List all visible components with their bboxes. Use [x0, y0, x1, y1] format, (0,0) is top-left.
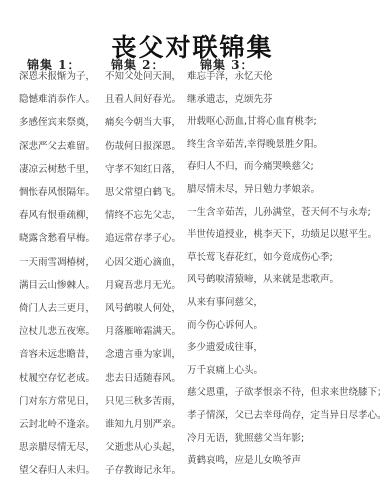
- couplet-line: 从来有事问慈父，: [187, 297, 263, 308]
- couplet-line: 倚门人去三更月，: [19, 303, 95, 314]
- couplet-line: 深恩未报惭为子，: [19, 71, 95, 82]
- couplet-line: 草长莺飞春花红，如今竟成伤心季;: [187, 252, 333, 263]
- couplet-line: 慈父恩重，子欲孝恨亲不待，但求来世绕膝下；: [187, 387, 385, 398]
- couplet-line: 门对东方常见日，: [19, 396, 95, 407]
- couplet-line: 子存教诲记永年。: [105, 465, 181, 476]
- couplet-line: 黄鹤哀鸣，应是儿女唤爷声: [187, 455, 301, 466]
- couplet-line: 望父春归人未归。: [19, 465, 95, 476]
- couplet-line: 且看人间好春光。: [105, 94, 181, 105]
- couplet-line: 情终不忘先父志，: [105, 210, 181, 221]
- couplet-line: 而今伤心诉何人。: [187, 320, 263, 331]
- couplet-line: 思亲腊尽情无尽，: [19, 442, 95, 453]
- couplet-line: 隐憾难消忝作人。: [19, 94, 95, 105]
- couplet-line: 惆怅春风恨隔年。: [19, 187, 95, 198]
- couplet-line: 腊尽情未尽，异日勉力孝娘亲。: [187, 184, 320, 195]
- couplet-line: 谁知九月别严亲。: [105, 419, 181, 430]
- couplet-line: 满目云山惨棘人。: [19, 280, 95, 291]
- couplet-line: 月窥吾悲月无光。: [105, 280, 181, 291]
- couplet-line: 风号鹤唳人何处，: [105, 303, 181, 314]
- couplet-line: 伤哉何日报深恩。: [105, 141, 181, 152]
- couplet-line: 不知父处问天洞，: [105, 71, 181, 82]
- couplet-line: 多少遗爱成往事，: [187, 342, 263, 353]
- couplet-line: 凄凉云树愁千里，: [19, 164, 95, 175]
- couplet-line: 守孝不知红日落，: [105, 164, 181, 175]
- couplet-line: 一生含辛茹苦，儿孙满堂，苍天何不与永寿;: [187, 207, 371, 218]
- couplet-line: 春归人不归，而今痛哭唤慈父;: [187, 161, 314, 172]
- couplet-line: 云封北岭不逢亲。: [19, 419, 95, 430]
- couplet-line: 晓露含愁看早梅。: [19, 233, 95, 244]
- couplet-line: 痛矣今朝当大事，: [105, 117, 181, 128]
- couplet-line: 难忘手泽，永忆天伦: [187, 71, 273, 82]
- couplet-line: 念遗言垂为家训，: [105, 349, 181, 360]
- couplet-line: 思父常望白鹤飞。: [105, 187, 181, 198]
- couplet-line: 杖履空存忆老成。: [19, 373, 95, 384]
- couplet-line: 深悲严父去难留。: [19, 141, 95, 152]
- couplet-line: 一天雨雪凋椿树，: [19, 257, 95, 268]
- couplet-line: 万千哀痛上心头。: [187, 365, 263, 376]
- couplet-line: 心因父逝心滴血，: [105, 257, 181, 268]
- couplet-line: 春风有恨垂疏柳，: [19, 210, 95, 221]
- couplet-line: 卅载呕心沥血,甘将心血育桃李;: [187, 116, 317, 127]
- couplet-line: 只见三秋多苦雨，: [105, 396, 181, 407]
- couplet-line: 继承遗志，克颂先芬: [187, 94, 273, 105]
- couplet-line: 追远常存孝子心。: [105, 233, 181, 244]
- couplet-line: 孝子情深，父已去幸母尚存，定当异日尽孝心。: [187, 410, 385, 421]
- couplet-line: 月落雁啼霜满天。: [105, 326, 181, 337]
- couplet-line: 悲去日适随春风。: [105, 373, 181, 384]
- couplet-line: 风号鹤唳清猿啼，从来就是悲歌声。: [187, 274, 339, 285]
- couplet-line: 终生含辛茹苦,幸得晚景胜夕阳。: [187, 139, 323, 150]
- couplet-line: 音容未远悲瞻昔，: [19, 349, 95, 360]
- couplet-line: 多感侄宾来祭奠，: [19, 117, 95, 128]
- couplet-line: 半世传道授业，桃李天下，功绩足以慰平生。: [187, 229, 377, 240]
- couplet-line: 泣杖儿悲五夜寒。: [19, 326, 95, 337]
- couplet-line: 冷月无语，犹照慈父当年影;: [187, 433, 304, 444]
- couplet-line: 父逝悲从心头起，: [105, 442, 181, 453]
